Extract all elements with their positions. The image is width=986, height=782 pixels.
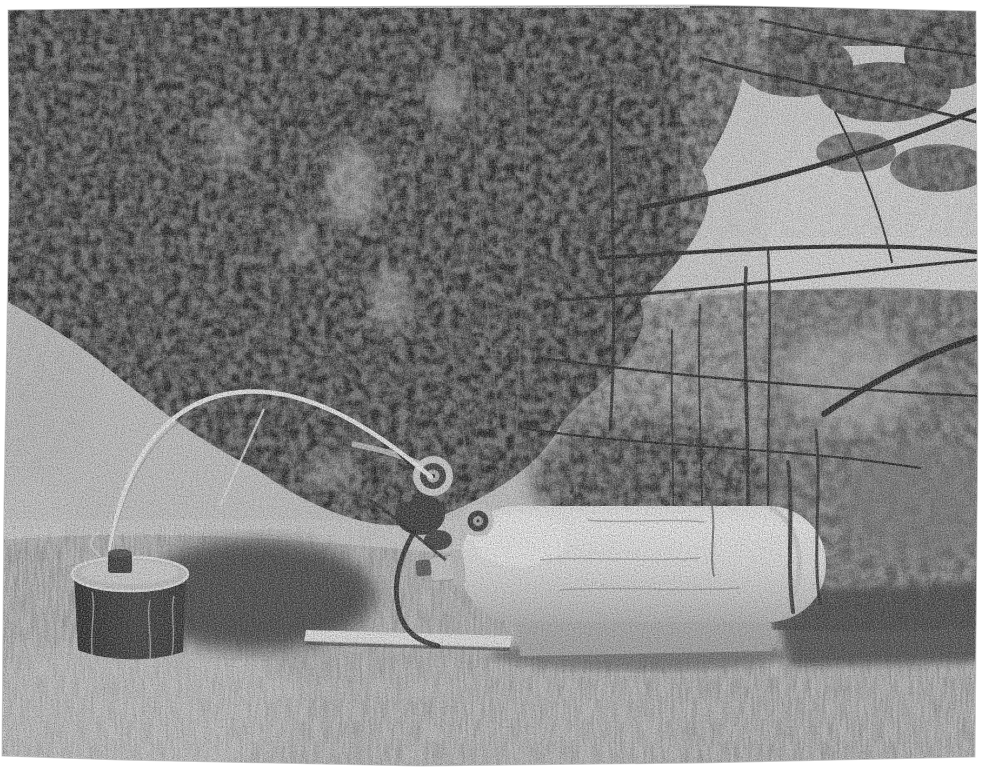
print-grain-white [0,0,986,782]
photograph: photograph print surface sunlit open gro… [0,0,986,782]
page: photograph print surface sunlit open gro… [0,0,986,782]
